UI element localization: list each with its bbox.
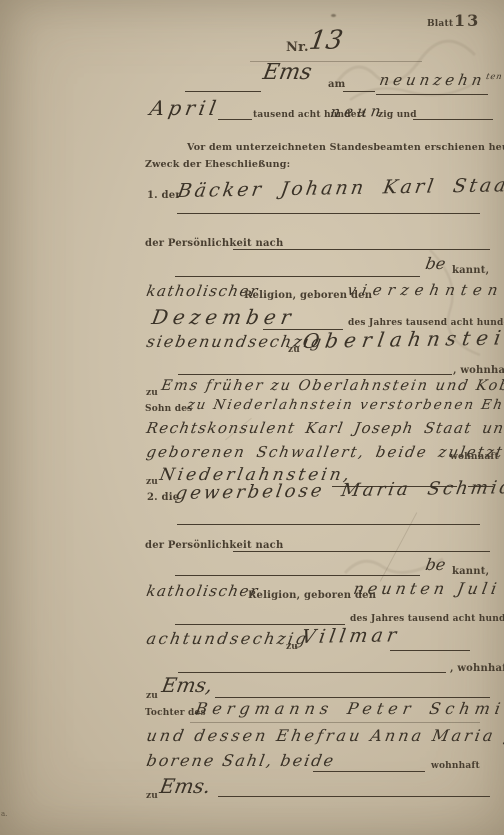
- blank-line: [390, 650, 470, 651]
- person2-zu-printed: zu: [286, 642, 298, 652]
- year-suffix-printed: zig und: [378, 110, 417, 120]
- corner-mark: a.: [1, 810, 7, 818]
- person1-parent-line2-hand: Rechtskonsulent Karl Joseph Staat und Ag…: [145, 419, 504, 437]
- person1-parent-line1-hand: zu Niederlahnstein verstorbenen Eheleute: [186, 397, 504, 413]
- paper-speck: [331, 14, 336, 17]
- person1-name-hand: Bäcker Johann Karl Staat,: [176, 174, 504, 202]
- blank-line: [313, 771, 425, 772]
- place-hand: Ems: [261, 60, 314, 85]
- person1-residence-hand: Ems früher zu Oberlahnstein und Koblenz,: [160, 378, 504, 394]
- person1-known-hand: be: [424, 254, 447, 273]
- person1-birth-month-hand: Dezember: [150, 305, 298, 329]
- person2-residence-hand: Ems,: [160, 673, 214, 697]
- blank-line: [177, 524, 480, 525]
- person2-known-hand: be: [424, 555, 447, 574]
- person1-zu-printed: zu: [288, 345, 300, 355]
- sheet-label: Blatt: [427, 19, 453, 29]
- person2-wohnhaft-printed: , wohnhaft: [450, 663, 504, 674]
- blank-line: [233, 551, 490, 552]
- am-label: am: [328, 79, 345, 90]
- person2-parent-line3-printed: wohnhaft: [431, 761, 480, 771]
- sheet-number: 13: [454, 11, 480, 30]
- person2-year-printed: des Jahres tausend acht hundert: [350, 614, 504, 624]
- day-word: neunzehn: [378, 71, 487, 89]
- day-suffix: ten: [485, 71, 503, 81]
- blank-line: [178, 374, 452, 375]
- document-page: Blatt 13 Nr. 13 Ems am neunzehnten April…: [0, 0, 504, 835]
- person1-identity-label: der Persönlichkeit nach: [145, 238, 283, 249]
- person1-parent-zu-printed: zu: [146, 477, 158, 487]
- person2-parent-line1-hand: Bergmanns Peter Schmidt: [194, 699, 504, 718]
- blank-line: [175, 575, 420, 576]
- blank-line: [376, 94, 488, 95]
- blank-line: [178, 672, 446, 673]
- person2-parent-zu-printed: zu: [146, 791, 158, 801]
- day-hand: neunzehnten: [378, 71, 504, 89]
- person2-parent-line3-hand: borene Sahl, beide: [145, 751, 337, 770]
- blank-line: [233, 249, 490, 250]
- person1-wohnhaft-printed: , wohnhaft: [453, 365, 504, 376]
- person2-birth-place-hand: Villmar: [300, 624, 402, 648]
- blank-line: [413, 119, 493, 120]
- record-number-value: 13: [307, 25, 345, 56]
- person2-identity-label: der Persönlichkeit nach: [145, 540, 283, 551]
- blank-line: [177, 213, 480, 214]
- person2-religion-hand: katholischer: [145, 582, 260, 600]
- person1-known-printed: kannt,: [452, 265, 489, 276]
- blank-line: [185, 91, 261, 92]
- person2-residence-zu-printed: zu: [146, 691, 158, 701]
- intro-line-2: Zweck der Eheschließung:: [145, 159, 290, 170]
- person2-known-printed: kannt,: [452, 566, 489, 577]
- blank-line: [190, 722, 480, 723]
- blank-line: [218, 119, 252, 120]
- ink-bleedthrough-mark: [330, 30, 490, 110]
- person1-birth-place-hand: Oberlahnstein: [301, 325, 504, 353]
- person2-birth-day-hand: neunten Juli: [352, 579, 502, 598]
- month-hand: April: [148, 96, 222, 120]
- person1-parent-line3-printed: wohnhaft: [450, 452, 499, 462]
- intro-line-1: Vor dem unterzeichneten Standesbeamten e…: [187, 142, 504, 153]
- person1-birth-day-hand: vierzehnten: [346, 281, 504, 299]
- blank-line: [215, 697, 490, 698]
- blank-line: [175, 276, 420, 277]
- person1-residence-zu-printed: zu: [146, 388, 158, 398]
- person2-parent-place-hand: Ems.: [158, 774, 212, 798]
- blank-line: [343, 91, 375, 92]
- blank-line: [218, 796, 490, 797]
- record-number-label: Nr.: [286, 40, 309, 55]
- person2-parent-line2-hand: und dessen Ehefrau Anna Maria ge„: [145, 726, 504, 745]
